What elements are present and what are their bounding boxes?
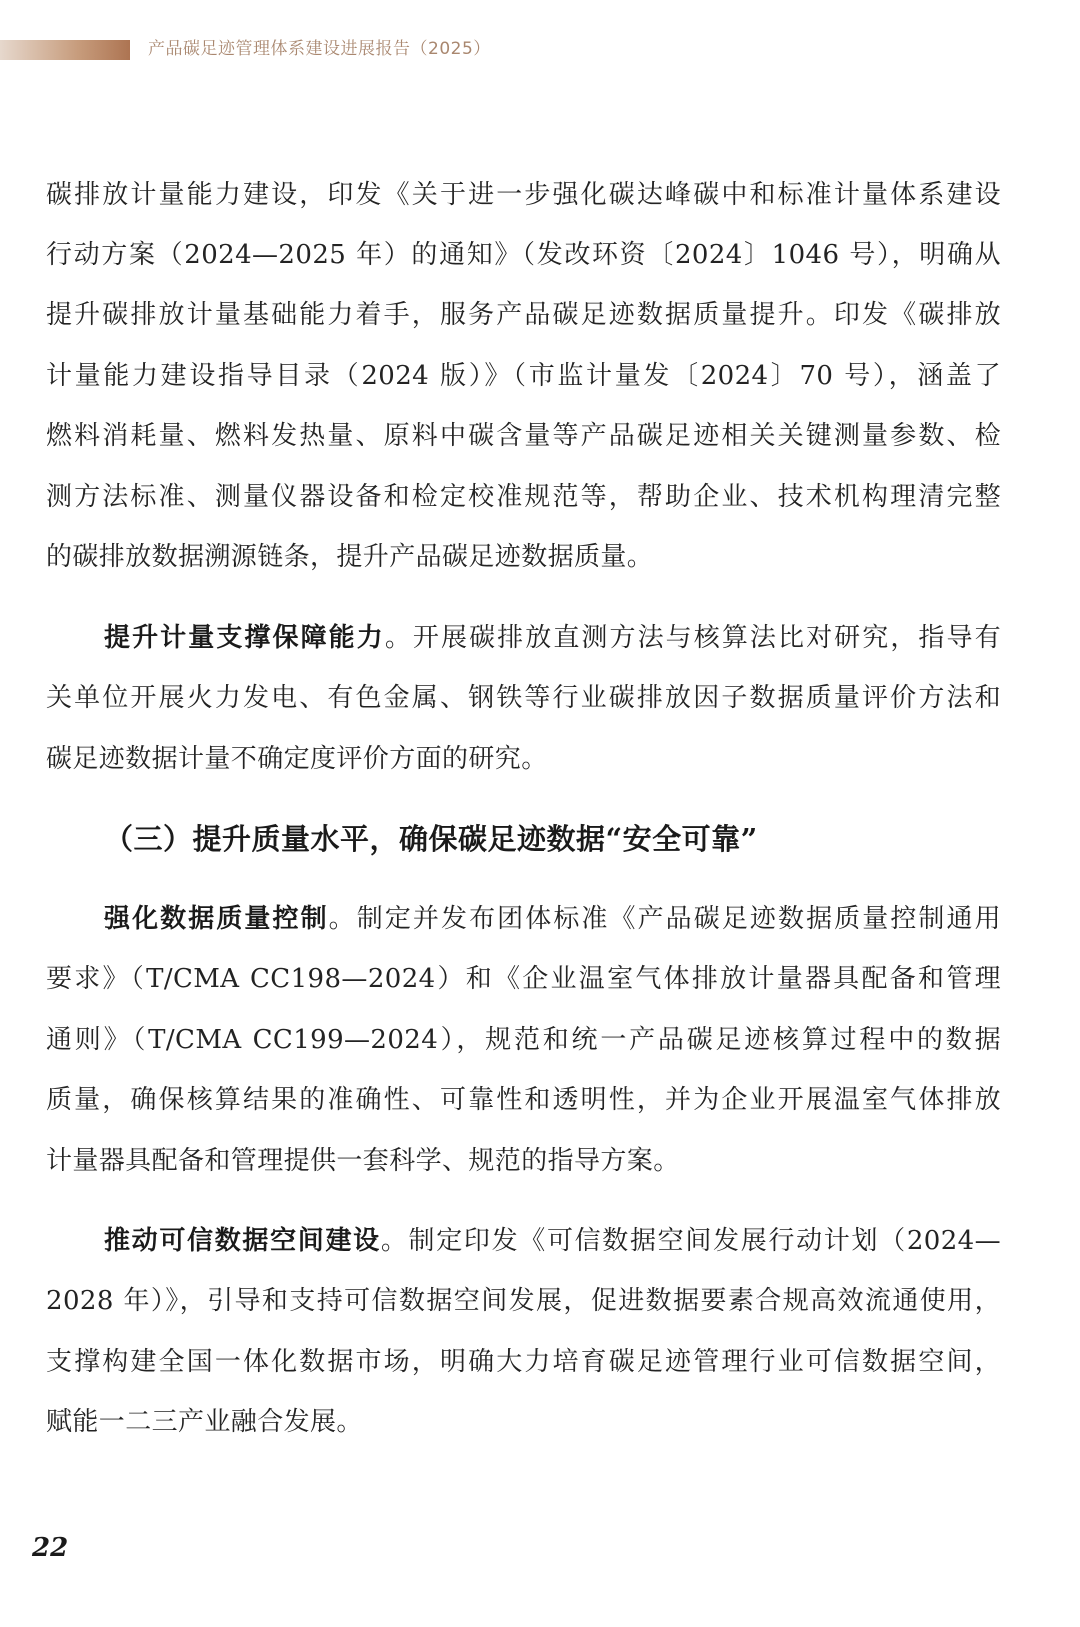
text-line: 质量，确保核算结果的准确性、可靠性和透明性，并为企业开展温室气体排放 xyxy=(46,1080,1001,1120)
paragraph-lead-line: 提升计量支撑保障能力。开展碳排放直测方法与核算法比对研究，指导有 xyxy=(104,618,1001,658)
text-line: 的碳排放数据溯源链条，提升产品碳足迹数据质量。 xyxy=(46,537,653,577)
section-heading: （三）提升质量水平，确保碳足迹数据“安全可靠” xyxy=(104,817,758,861)
text-line: 2028 年）》，引导和支持可信数据空间发展，促进数据要素合规高效流通使用， xyxy=(46,1281,1001,1321)
text-line: 行动方案（2024—2025 年）的通知》（发改环资〔2024〕1046 号），… xyxy=(46,235,1001,275)
text-line: 支撑构建全国一体化数据市场，明确大力培育碳足迹管理行业可信数据空间， xyxy=(46,1342,1001,1382)
paragraph-lead-rest: 。开展碳排放直测方法与核算法比对研究，指导有 xyxy=(385,623,1001,653)
text-line: 燃料消耗量、燃料发热量、原料中碳含量等产品碳足迹相关关键测量参数、检 xyxy=(46,416,1001,456)
paragraph-lead-line: 强化数据质量控制。制定并发布团体标准《产品碳足迹数据质量控制通用 xyxy=(104,899,1001,939)
page-number: 22 xyxy=(32,1533,68,1563)
text-line: 碳足迹数据计量不确定度评价方面的研究。 xyxy=(46,739,548,779)
text-line: 通则》（T/CMA CC199—2024），规范和统一产品碳足迹核算过程中的数据 xyxy=(46,1020,1001,1060)
paragraph-lead-line: 推动可信数据空间建设。制定印发《可信数据空间发展行动计划（2024— xyxy=(104,1221,1001,1261)
text-line: 计量器具配备和管理提供一套科学、规范的指导方案。 xyxy=(46,1141,680,1181)
text-line: 提升碳排放计量基础能力着手，服务产品碳足迹数据质量提升。印发《碳排放 xyxy=(46,295,1001,335)
text-line: 测方法标准、测量仪器设备和检定校准规范等，帮助企业、技术机构理清完整 xyxy=(46,477,1001,517)
paragraph-lead-bold: 推动可信数据空间建设 xyxy=(104,1226,381,1256)
paragraph-lead-bold: 提升计量支撑保障能力 xyxy=(104,623,385,653)
text-line: 关单位开展火力发电、有色金属、钢铁等行业碳排放因子数据质量评价方法和 xyxy=(46,678,1001,718)
text-line: 赋能一二三产业融合发展。 xyxy=(46,1402,363,1442)
text-line: 要求》（T/CMA CC198—2024）和《企业温室气体排放计量器具配备和管理 xyxy=(46,959,1001,999)
paragraph-lead-rest: 。制定并发布团体标准《产品碳足迹数据质量控制通用 xyxy=(329,904,1001,934)
text-line: 碳排放计量能力建设，印发《关于进一步强化碳达峰碳中和标准计量体系建设 xyxy=(46,175,1001,215)
text-line: 计量能力建设指导目录（2024 版）》（市监计量发〔2024〕70 号），涵盖了 xyxy=(46,356,1001,396)
running-header-title: 产品碳足迹管理体系建设进展报告（2025） xyxy=(148,36,491,62)
paragraph-lead-rest: 。制定印发《可信数据空间发展行动计划（2024— xyxy=(381,1226,1001,1256)
header-decorative-bar xyxy=(0,40,130,60)
paragraph-lead-bold: 强化数据质量控制 xyxy=(104,904,329,934)
